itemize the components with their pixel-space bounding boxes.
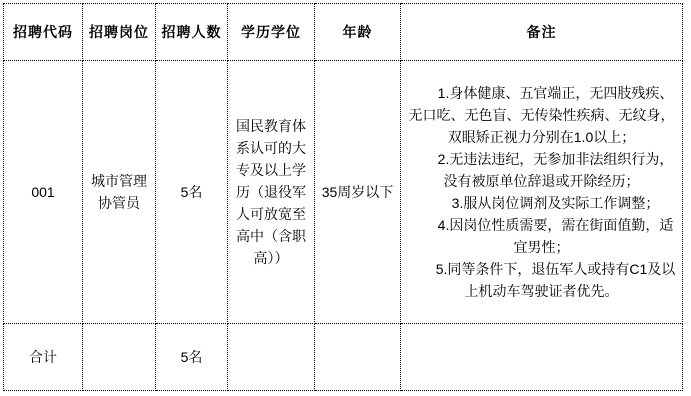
total-cell-count: 5名 xyxy=(156,324,228,391)
total-cell-education-empty xyxy=(228,324,315,391)
header-cell-notes: 备注 xyxy=(401,4,683,61)
table-row: 001 城市管理协管员 5名 国民教育体系认可的大专及以上学历（退役军人可放宽至… xyxy=(4,61,683,324)
note-paragraph: 5.同等条件下，退伍军人或持有C1及以上机动车驾驶证者优先。 xyxy=(404,258,679,302)
cell-code: 001 xyxy=(4,61,83,324)
header-cell-count: 招聘人数 xyxy=(156,4,228,61)
cell-count: 5名 xyxy=(156,61,228,324)
recruitment-table: 招聘代码 招聘岗位 招聘人数 学历学位 年龄 备注 001 城市管理协管员 5名… xyxy=(3,3,683,391)
table-header-row: 招聘代码 招聘岗位 招聘人数 学历学位 年龄 备注 xyxy=(4,4,683,61)
header-cell-code: 招聘代码 xyxy=(4,4,83,61)
note-paragraph: 4.因岗位性质需要，需在街面值勤，适宜男性； xyxy=(404,214,679,258)
cell-notes: 1.身体健康、五官端正，无四肢残疾、无口吃、无色盲、无传染性疾病、无纹身，双眼矫… xyxy=(401,61,683,324)
header-cell-position: 招聘岗位 xyxy=(83,4,156,61)
header-cell-age: 年龄 xyxy=(315,4,401,61)
total-cell-age-empty xyxy=(315,324,401,391)
document-page: 招聘代码 招聘岗位 招聘人数 学历学位 年龄 备注 001 城市管理协管员 5名… xyxy=(0,0,691,396)
note-paragraph: 2.无违法违纪，无参加非法组织行为，没有被原单位辞退或开除经历； xyxy=(404,148,679,192)
total-cell-position-empty xyxy=(83,324,156,391)
total-cell-notes-empty xyxy=(401,324,683,391)
note-paragraph: 1.身体健康、五官端正，无四肢残疾、无口吃、无色盲、无传染性疾病、无纹身，双眼矫… xyxy=(404,82,679,148)
cell-age: 35周岁以下 xyxy=(315,61,401,324)
cell-education: 国民教育体系认可的大专及以上学历（退役军人可放宽至高中（含职高）） xyxy=(228,61,315,324)
cell-position: 城市管理协管员 xyxy=(83,61,156,324)
table-total-row: 合计 5名 xyxy=(4,324,683,391)
note-paragraph: 3.服从岗位调剂及实际工作调整； xyxy=(404,192,679,214)
total-cell-label: 合计 xyxy=(4,324,83,391)
header-cell-education: 学历学位 xyxy=(228,4,315,61)
